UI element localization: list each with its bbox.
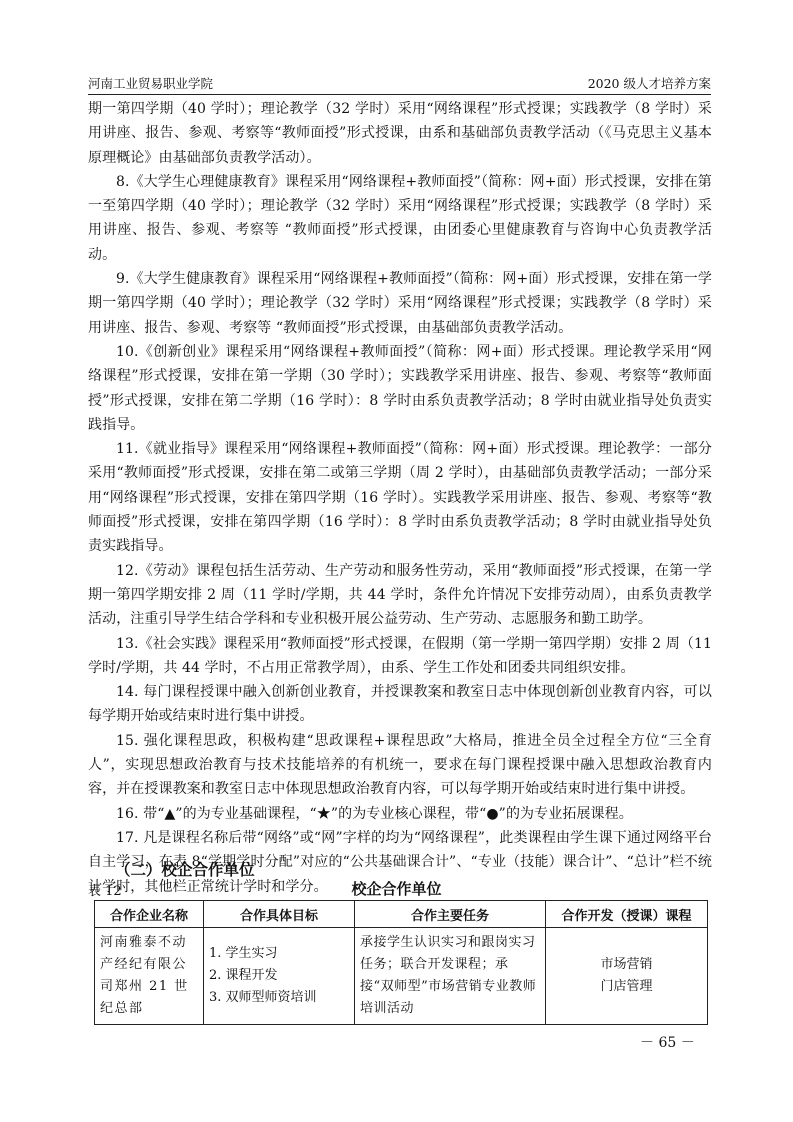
cell-company: 河南雅泰不动产经纪有限公司郑州 21 世纪总部 — [95, 928, 204, 1025]
course-item: 市场营销 — [551, 954, 702, 976]
paragraph-item-10: 10.《创新创业》课程采用“网络课程+教师面授”（简称：网+面）形式授课。理论教… — [88, 340, 712, 437]
cell-courses: 市场营销 门店管理 — [546, 928, 708, 1025]
course-item: 门店管理 — [551, 976, 702, 998]
paragraph-item-11: 11.《就业指导》课程采用“网络课程+教师面授”（简称：网+面）形式授课。理论教… — [88, 437, 712, 558]
paragraph-item-9: 9.《大学生健康教育》课程采用“网络课程+教师面授”（简称：网+面）形式授课，安… — [88, 267, 712, 340]
goal-item: 3. 双师型师资培训 — [209, 987, 349, 1009]
column-header-goals: 合作具体目标 — [204, 901, 355, 928]
goal-item: 1. 学生实习 — [209, 943, 349, 965]
page-header: 河南工业贸易职业学院 2020 级人才培养方案 — [88, 72, 711, 95]
paragraph-item-13: 13.《社会实践》课程采用“教师面授”形式授课，在假期（第一学期一第四学期）安排… — [88, 632, 712, 681]
table-caption: 校企合作单位 — [0, 878, 793, 899]
table-row: 河南雅泰不动产经纪有限公司郑州 21 世纪总部 1. 学生实习 2. 课程开发 … — [95, 928, 708, 1025]
page-number: － 65 － — [640, 1032, 695, 1052]
paragraph-continuation: 期一第四学期（40 学时）；理论教学（32 学时）采用“网络课程”形式授课；实践… — [88, 97, 712, 170]
paragraph-item-12: 12.《劳动》课程包括生活劳动、生产劳动和服务性劳动，采用“教师面授”形式授课，… — [88, 559, 712, 632]
header-institution: 河南工业贸易职业学院 — [88, 74, 213, 92]
column-header-courses: 合作开发（授课）课程 — [546, 901, 708, 928]
paragraph-item-8: 8.《大学生心理健康教育》课程采用“网络课程+教师面授”（简称：网+面）形式授课… — [88, 170, 712, 267]
cell-tasks: 承接学生认识实习和跟岗实习任务；联合开发课程；承接“双师型”市场营销专业教师培训… — [355, 928, 546, 1025]
body-text: 期一第四学期（40 学时）；理论教学（32 学时）采用“网络课程”形式授课；实践… — [88, 97, 712, 899]
table-header-row: 合作企业名称 合作具体目标 合作主要任务 合作开发（授课）课程 — [95, 901, 708, 928]
cooperation-table: 合作企业名称 合作具体目标 合作主要任务 合作开发（授课）课程 河南雅泰不动产经… — [94, 900, 708, 1025]
column-header-company: 合作企业名称 — [95, 901, 204, 928]
paragraph-item-15: 15. 强化课程思政，积极构建“思政课程+课程思政”大格局，推进全员全过程全方位… — [88, 729, 712, 802]
column-header-tasks: 合作主要任务 — [355, 901, 546, 928]
paragraph-item-14: 14. 每门课程授课中融入创新创业教育，并授课教案和教室日志中体现创新创业教育内… — [88, 680, 712, 729]
cell-goals: 1. 学生实习 2. 课程开发 3. 双师型师资培训 — [204, 928, 355, 1025]
header-document-title: 2020 级人才培养方案 — [588, 74, 711, 92]
goal-item: 2. 课程开发 — [209, 965, 349, 987]
section-title: （二）校企合作单位 — [115, 858, 255, 880]
paragraph-item-16: 16. 带“▲”的为专业基础课程，“★”的为专业核心课程，带“●”的为专业拓展课… — [88, 802, 712, 826]
